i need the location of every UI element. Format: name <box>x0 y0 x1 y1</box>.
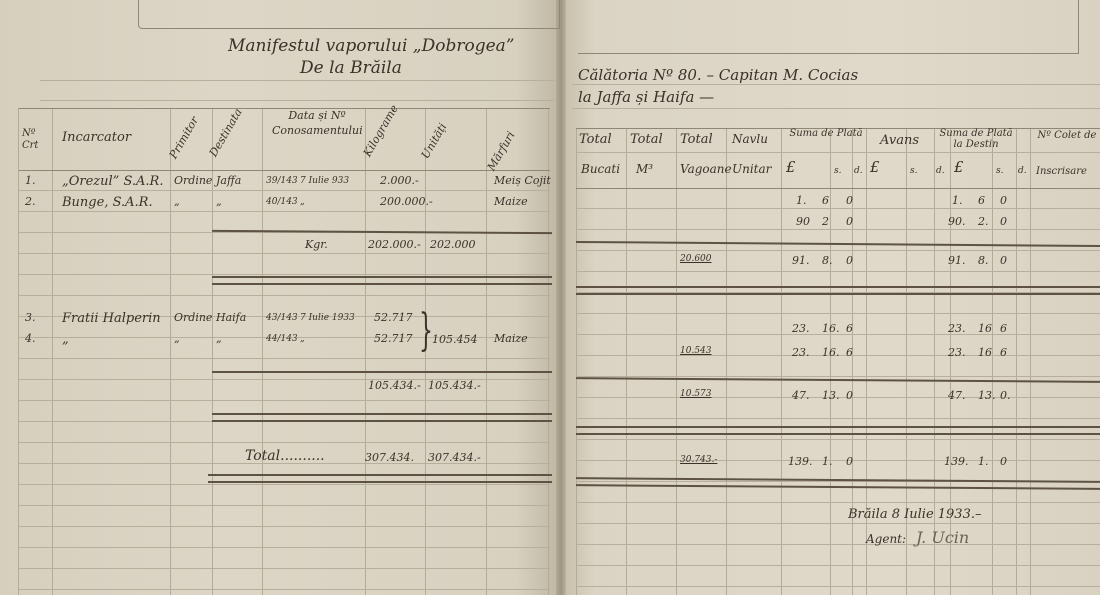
row-shipper: „Orezul” S.A.R. <box>62 174 163 189</box>
row-bill-date: „ <box>300 197 305 207</box>
voyage-destination: la Jaffa și Haifa — <box>578 88 714 106</box>
grid-row-line <box>576 544 1100 545</box>
row-dest-pounds: 23. <box>948 346 966 359</box>
grid-row-line <box>576 565 1100 566</box>
grid-column-line <box>781 128 782 595</box>
header-data-conosament: Data și Nº Conosamentului <box>272 108 362 138</box>
row-pay-pence: 0 <box>846 455 853 468</box>
row-bill-number: 44/143 <box>266 334 298 344</box>
grid-row-line <box>576 586 1100 587</box>
row-pay-pounds: 139. <box>788 455 813 468</box>
grid-row-line <box>18 568 550 569</box>
grid-column-line <box>830 128 831 595</box>
grid-column-line <box>1016 128 1017 595</box>
grid-row-line <box>576 313 1100 314</box>
grid-column-line <box>1030 128 1031 595</box>
subtotal1-units: 202.000 <box>430 238 476 251</box>
header-bottom-line <box>18 170 550 171</box>
row-bill-date: 7 Iulie 1933 <box>300 313 355 323</box>
left-top-frame <box>138 0 560 29</box>
grid-row-line <box>576 208 1100 209</box>
row-dest-pence: 0 <box>1000 215 1007 228</box>
row-dest-pence: 6 <box>1000 346 1007 359</box>
header-currency: £ <box>954 158 964 176</box>
double-rule-2 <box>212 413 552 422</box>
header-total-wagons: Total <box>680 132 713 147</box>
row-destination: Haifa <box>216 311 246 324</box>
row-shipper: „ <box>62 332 69 347</box>
grid-column-line <box>950 128 951 595</box>
row-dest-pounds: 91. <box>948 254 966 267</box>
row-pay-pence: 6 <box>846 346 853 359</box>
grid-row-line <box>576 502 1100 503</box>
grid-row-line <box>18 295 550 296</box>
row-bill-date: 7 Iulie 933 <box>300 176 349 186</box>
subtotal1-kg: 202.000.- <box>368 238 421 251</box>
double-rule-1 <box>212 276 552 285</box>
row-pay-pounds: 1. <box>796 194 807 207</box>
agent-label: Agent: <box>866 532 906 546</box>
subtotal-rule-2 <box>212 371 552 373</box>
book-gutter <box>556 0 566 595</box>
grid-column-line <box>18 108 19 595</box>
grid-row-line <box>18 526 550 527</box>
header-wagons: Vagoane <box>680 162 732 176</box>
row-dest-pence: 0 <box>1000 254 1007 267</box>
grid-row-line <box>576 418 1100 419</box>
row-pay-pence: 0 <box>846 254 853 267</box>
row-bill-number: 43/143 <box>266 313 298 323</box>
row-nr: 2. <box>25 195 36 208</box>
row-nr: 1. <box>25 174 36 187</box>
grid-row-line <box>18 547 550 548</box>
row-dest-pence: 6 <box>1000 322 1007 335</box>
header-advance: Avans <box>880 133 919 148</box>
grid-column-line <box>934 128 935 595</box>
voyage-title: Călătoria Nº 80. – Capitan M. Cocias <box>578 66 858 84</box>
row-goods: Maize <box>494 195 528 208</box>
row-pay-shillings: 2 <box>822 215 829 228</box>
row-dest-pounds: 90. <box>948 215 966 228</box>
subtotal2-kg: 105.434.- <box>368 379 421 392</box>
header-currency: £ <box>870 158 880 176</box>
grid-row-line <box>18 484 550 485</box>
right-top-frame <box>578 0 1079 54</box>
row-pay-shillings: 1. <box>822 455 833 468</box>
agent-signature: J. Ucin <box>916 528 969 547</box>
grid-row-line <box>18 400 550 401</box>
grid-row-line <box>18 274 550 275</box>
header-total-pieces: Total <box>579 132 612 147</box>
right-double-rule-1 <box>576 286 1100 295</box>
header-incarcator: Incarcator <box>62 130 131 145</box>
row-pay-shillings: 16. <box>822 346 840 359</box>
row-wagons: 10.543 <box>680 346 712 356</box>
row-wagons: 10.573 <box>680 389 712 399</box>
grid-row-line <box>576 271 1100 272</box>
row-nr: 4. <box>25 332 36 345</box>
row-kilograms: 200.000.- <box>380 195 433 208</box>
header-freight-unit: Unitar <box>732 162 771 176</box>
header-currency: £ <box>786 158 796 176</box>
grid-column-line <box>726 128 727 595</box>
grid-column-line <box>365 108 366 595</box>
header-currency: d. <box>854 166 863 176</box>
row-dest-pounds: 23. <box>948 322 966 335</box>
grid-column-line <box>992 128 993 595</box>
row-dest-shillings: 1. <box>978 455 989 468</box>
row-consignee: Ordine <box>174 174 212 187</box>
header-parcel-number: Nº Colet de <box>1034 130 1100 141</box>
subtotal1-label: Kgr. <box>305 238 328 251</box>
total-label: Total.......... <box>245 448 325 464</box>
row-dest-pence: 0. <box>1000 389 1011 402</box>
grid-column-line <box>262 108 263 595</box>
grid-row-line <box>576 523 1100 524</box>
row-dest-pounds: 1. <box>952 194 963 207</box>
row-dest-pounds: 47. <box>948 389 966 402</box>
header-mid-line <box>576 152 1100 153</box>
header-pieces: Bucati <box>581 162 620 176</box>
header-currency: d. <box>936 166 945 176</box>
row-goods: Meiș Cojit <box>494 174 551 187</box>
row-pay-shillings: 16. <box>822 322 840 335</box>
row-pay-pounds: 91. <box>792 254 810 267</box>
row-consignee: Ordine <box>174 311 212 324</box>
row-consignee: „ <box>174 195 180 208</box>
header-currency: s. <box>996 166 1003 176</box>
header-freight: Navlu <box>732 132 768 146</box>
row-shipper: Fratii Halperin <box>62 311 161 326</box>
row-dest-pence: 0 <box>1000 455 1007 468</box>
header-currency: s. <box>910 166 917 176</box>
row-pay-pence: 0 <box>846 215 853 228</box>
grid-row-line <box>18 442 550 443</box>
row-pay-pence: 0 <box>846 194 853 207</box>
row-nr: 3. <box>25 311 36 324</box>
row-pay-pence: 0 <box>846 389 853 402</box>
row-kilograms: 2.000.- <box>380 174 419 187</box>
grid-row-line <box>576 439 1100 440</box>
row-dest-pence: 0 <box>1000 194 1007 207</box>
row-destination: „ <box>216 332 222 345</box>
row-consignee: „ <box>174 332 180 345</box>
header-bottom-line <box>576 188 1100 189</box>
grid-column-line <box>866 128 867 595</box>
row-shipper: Bunge, S.A.R. <box>62 195 153 210</box>
header-currency: s. <box>834 166 841 176</box>
row-pay-pence: 6 <box>846 322 853 335</box>
grid-column-line <box>676 128 677 595</box>
grid-row-line <box>18 589 550 590</box>
brace: } <box>419 305 433 356</box>
header-currency: d. <box>1018 166 1027 176</box>
row-pay-shillings: 6 <box>822 194 829 207</box>
row-bill-number: 39/143 <box>266 176 298 186</box>
row-pay-shillings: 8. <box>822 254 833 267</box>
row-dest-shillings: 8. <box>978 254 989 267</box>
right-double-rule-2 <box>576 426 1100 435</box>
grid-row-line <box>18 190 550 191</box>
grid-row-line <box>18 358 550 359</box>
row-dest-shillings: 13. <box>978 389 996 402</box>
row-wagons: 20.600 <box>680 254 712 264</box>
header-amount-destination: Suma de Plată la Destin <box>936 128 1016 150</box>
row-dest-pounds: 139. <box>944 455 969 468</box>
row-pay-pounds: 90 <box>796 215 810 228</box>
row-kilograms: 52.717 <box>374 311 413 324</box>
row-dest-shillings: 2. <box>978 215 989 228</box>
row-bill-date: „ <box>300 334 305 344</box>
place-date: Brăila 8 Iulie 1933.– <box>848 507 982 522</box>
row-destination: Jaffa <box>216 174 241 187</box>
grid-column-line <box>576 128 577 595</box>
row-destination: „ <box>216 195 222 208</box>
grid-column-line <box>626 128 627 595</box>
row-bill-number: 40/143 <box>266 197 298 207</box>
total-kg: 307.434. <box>365 451 414 464</box>
row-dest-shillings: 16 <box>978 322 992 335</box>
grid-column-line <box>486 108 487 595</box>
row-goods: Maize <box>494 332 528 345</box>
total-units: 307.434.- <box>428 451 481 464</box>
grid-column-line <box>52 108 53 595</box>
header-registration: Inscrisare <box>1036 166 1087 177</box>
row-wagons: 30.743.- <box>680 455 717 465</box>
header-nr: Nº Crt <box>22 128 42 152</box>
grid-column-line <box>906 128 907 595</box>
grid-row-line <box>576 229 1100 230</box>
grid-row-line <box>18 211 550 212</box>
manifest-origin: De la Brăila <box>300 58 402 78</box>
header-amount-payable: Suma de Plată <box>786 128 866 139</box>
header-m3: M³ <box>636 162 653 176</box>
subtotal2-units: 105.434.- <box>428 379 481 392</box>
grid-column-line <box>170 108 171 595</box>
manifest-title: Manifestul vaporului „Dobrogea” <box>228 36 514 56</box>
row-dest-shillings: 6 <box>978 194 985 207</box>
grid-row-line <box>18 253 550 254</box>
row-pay-pounds: 47. <box>792 389 810 402</box>
row-pay-pounds: 23. <box>792 322 810 335</box>
row-pay-shillings: 13. <box>822 389 840 402</box>
grid-row-line <box>576 460 1100 461</box>
row-units: 105.454 <box>432 333 478 346</box>
row-dest-shillings: 16 <box>978 346 992 359</box>
grid-row-line <box>18 505 550 506</box>
row-kilograms: 52.717 <box>374 332 413 345</box>
row-pay-pounds: 23. <box>792 346 810 359</box>
total-double-rule <box>208 474 552 483</box>
grid-row-line <box>576 250 1100 251</box>
header-total-m3: Total <box>630 132 663 147</box>
